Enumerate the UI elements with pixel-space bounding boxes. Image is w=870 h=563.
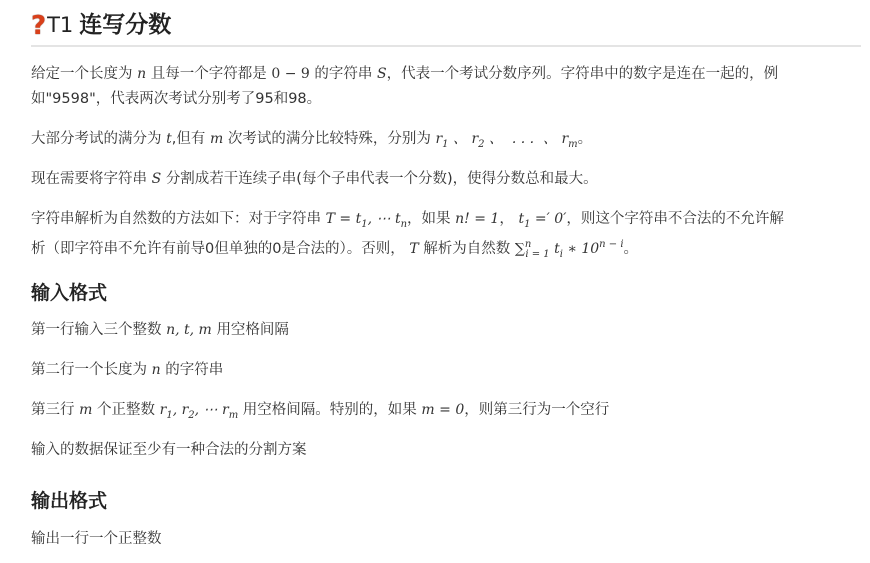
text: 。	[578, 131, 593, 147]
description-paragraph-1-line-2: 如"9598"，代表两次考试分别考了95和98。	[31, 87, 861, 112]
math-n: n	[152, 362, 161, 378]
description-paragraph-1: 给定一个长度为 n 且每一个字符都是 0 − 9 的字符串 S，代表一个考试分数…	[31, 62, 861, 87]
math-sum-formula: ∑ni = 1 ti ∗ 10n − i	[515, 241, 624, 257]
text: 给定一个长度为	[31, 66, 133, 82]
description-paragraph-4-line-2: 析（即字符串不允许有前导0但单独的0是合法的）。否则， T 解析为自然数 ∑ni…	[31, 232, 861, 267]
math-n: n	[137, 66, 146, 82]
math-range: 0 − 9	[271, 66, 309, 82]
math-T-expr: T = t1, ⋯ tn	[326, 211, 407, 227]
text: 次考试的满分比较特殊，分别为	[228, 131, 431, 147]
text: ，如果	[407, 211, 451, 227]
text: 且每一个字符都是	[151, 66, 267, 82]
question-mark-icon: ?	[31, 10, 46, 42]
text: 大部分考试的满分为	[31, 131, 162, 147]
text: 现在需要将字符串	[31, 171, 147, 187]
text: 用空格间隔。特别的，如果	[243, 402, 417, 418]
text: 第二行一个长度为	[31, 362, 147, 378]
description-paragraph-3: 现在需要将字符串 S 分割成若干连续子串(每个子串代表一个分数)，使得分数总和最…	[31, 167, 861, 192]
output-format-heading: 输出格式	[31, 488, 107, 514]
input-line-4: 输入的数据保证至少有一种合法的分割方案	[31, 438, 861, 463]
text: ，	[499, 211, 514, 227]
text: 个正整数	[97, 402, 155, 418]
math-n-t-m: n, t, m	[166, 322, 212, 338]
math-r-list: r1, r2, ⋯ rm	[160, 402, 239, 418]
text: ，则第三行为一个空行	[464, 402, 609, 418]
text: 的字符串	[165, 362, 223, 378]
text: 的字符串	[314, 66, 372, 82]
input-line-3: 第三行 m 个正整数 r1, r2, ⋯ rm 用空格间隔。特别的，如果 m =…	[31, 398, 861, 428]
math-m: m	[79, 402, 92, 418]
input-line-1: 第一行输入三个整数 n, t, m 用空格间隔	[31, 318, 861, 343]
math-cond-1: n! = 1	[455, 211, 499, 227]
output-line-1: 输出一行一个正整数	[31, 527, 861, 552]
text: ,但有	[172, 131, 206, 147]
math-r-list: r1 、 r2 、 . . . 、 rm	[435, 131, 577, 147]
math-S: S	[377, 66, 387, 82]
problem-id: T1	[47, 13, 73, 37]
math-T: T	[409, 241, 418, 257]
problem-name: 连写分数	[79, 12, 171, 38]
text: 第三行	[31, 402, 75, 418]
math-m: m	[210, 131, 223, 147]
description-paragraph-2: 大部分考试的满分为 t,但有 m 次考试的满分比较特殊，分别为 r1 、 r2 …	[31, 127, 861, 157]
math-m-zero: m = 0	[421, 402, 464, 418]
text: 第一行输入三个整数	[31, 322, 162, 338]
text: 用空格间隔	[216, 322, 289, 338]
text: ，则这个字符串不合法的不允许解	[566, 211, 784, 227]
math-cond-2: t1 =′ 0′	[518, 211, 566, 227]
input-format-heading: 输入格式	[31, 280, 107, 306]
text: 分割成若干连续子串(每个子串代表一个分数)，使得分数总和最大。	[166, 171, 598, 187]
text: 。	[624, 241, 639, 257]
text: 字符串解析为自然数的方法如下：对于字符串	[31, 211, 321, 227]
title-row: ?T1连写分数	[31, 9, 861, 47]
page-title: ?T1连写分数	[31, 9, 171, 41]
text: ，代表一个考试分数序列。字符串中的数字是连在一起的，例	[387, 66, 779, 82]
text: 解析为自然数	[423, 241, 510, 257]
math-S: S	[152, 171, 162, 187]
text: 析（即字符串不允许有前导0但单独的0是合法的）。否则，	[31, 241, 405, 257]
input-line-2: 第二行一个长度为 n 的字符串	[31, 358, 861, 383]
